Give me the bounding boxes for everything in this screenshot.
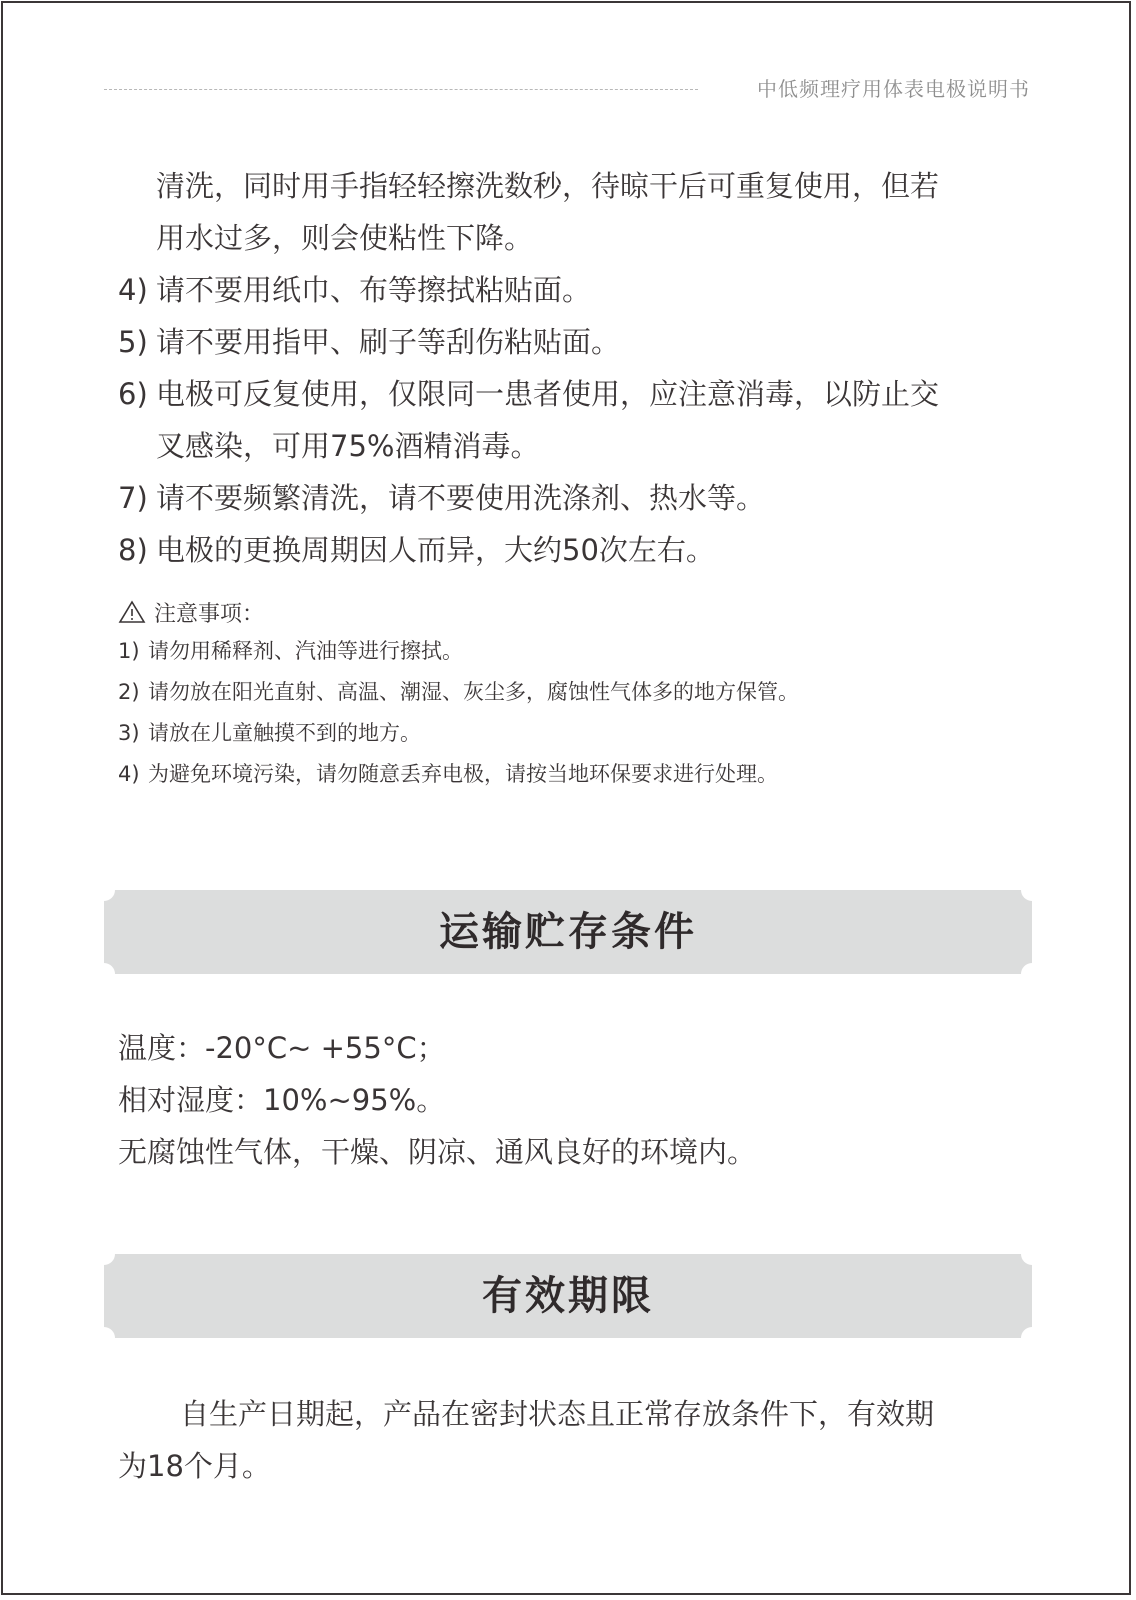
caution-title: 注意事项：: [154, 602, 264, 627]
item-number: 6): [118, 374, 156, 414]
item-number: 7): [118, 478, 156, 518]
list-item: 7)请不要频繁清洗，请不要使用洗涤剂、热水等。: [118, 478, 765, 518]
item-number: 2): [118, 677, 148, 707]
caution-item: 1)请勿用稀释剂、汽油等进行擦拭。: [118, 636, 463, 666]
section-title: 运输贮存条件: [104, 890, 1032, 974]
list-item: 8)电极的更换周期因人而异，大约50次左右。: [118, 530, 715, 570]
item-text: 电极可反复使用，仅限同一患者使用，应注意消毒，以防止交: [156, 377, 939, 411]
item-number: 5): [118, 322, 156, 362]
running-header: 中低频理疗用体表电极说明书: [104, 74, 1034, 104]
continuation-line: 用水过多，则会使粘性下降。: [156, 218, 533, 258]
list-item: 4)请不要用纸巾、布等擦拭粘贴面。: [118, 270, 591, 310]
item-text: 请勿放在阳光直射、高温、潮湿、灰尘多，腐蚀性气体多的地方保管。: [148, 680, 799, 704]
running-title: 中低频理疗用体表电极说明书: [757, 74, 1030, 104]
storage-line: 温度：-20°C~ +55°C；: [118, 1028, 446, 1068]
storage-line: 无腐蚀性气体，干燥、阴凉、通风良好的环境内。: [118, 1132, 756, 1172]
item-continuation: 叉感染，可用75%酒精消毒。: [156, 426, 539, 466]
caution-heading: 注意事项：: [118, 600, 264, 630]
item-text: 请不要频繁清洗，请不要使用洗涤剂、热水等。: [156, 481, 765, 515]
item-number: 4): [118, 759, 148, 789]
caution-item: 4)为避免环境污染，请勿随意丢弃电极，请按当地环保要求进行处理。: [118, 759, 778, 789]
list-item: 6)电极可反复使用，仅限同一患者使用，应注意消毒，以防止交: [118, 374, 939, 414]
caution-item: 2)请勿放在阳光直射、高温、潮湿、灰尘多，腐蚀性气体多的地方保管。: [118, 677, 799, 707]
continuation-line: 清洗，同时用手指轻轻擦洗数秒，待晾干后可重复使用，但若: [156, 166, 939, 206]
dashed-rule: [104, 89, 698, 90]
item-number: 3): [118, 718, 148, 748]
item-text: 为避免环境污染，请勿随意丢弃电极，请按当地环保要求进行处理。: [148, 762, 778, 786]
warning-triangle-icon: [118, 600, 146, 624]
section-banner-storage: 运输贮存条件: [104, 890, 1032, 974]
section-banner-validity: 有效期限: [104, 1254, 1032, 1338]
item-text: 请勿用稀释剂、汽油等进行擦拭。: [148, 639, 463, 663]
list-item: 5)请不要用指甲、刷子等刮伤粘贴面。: [118, 322, 620, 362]
validity-line: 为18个月。: [118, 1446, 271, 1486]
item-number: 8): [118, 530, 156, 570]
item-text: 电极的更换周期因人而异，大约50次左右。: [156, 533, 715, 567]
item-text: 请不要用纸巾、布等擦拭粘贴面。: [156, 273, 591, 307]
item-number: 1): [118, 636, 148, 666]
item-number: 4): [118, 270, 156, 310]
storage-line: 相对湿度：10%~95%。: [118, 1080, 445, 1120]
item-text: 请不要用指甲、刷子等刮伤粘贴面。: [156, 325, 620, 359]
section-title: 有效期限: [104, 1254, 1032, 1338]
item-text: 请放在儿童触摸不到的地方。: [148, 721, 421, 745]
caution-item: 3)请放在儿童触摸不到的地方。: [118, 718, 421, 748]
validity-line: 自生产日期起，产品在密封状态且正常存放条件下，有效期: [180, 1394, 934, 1434]
